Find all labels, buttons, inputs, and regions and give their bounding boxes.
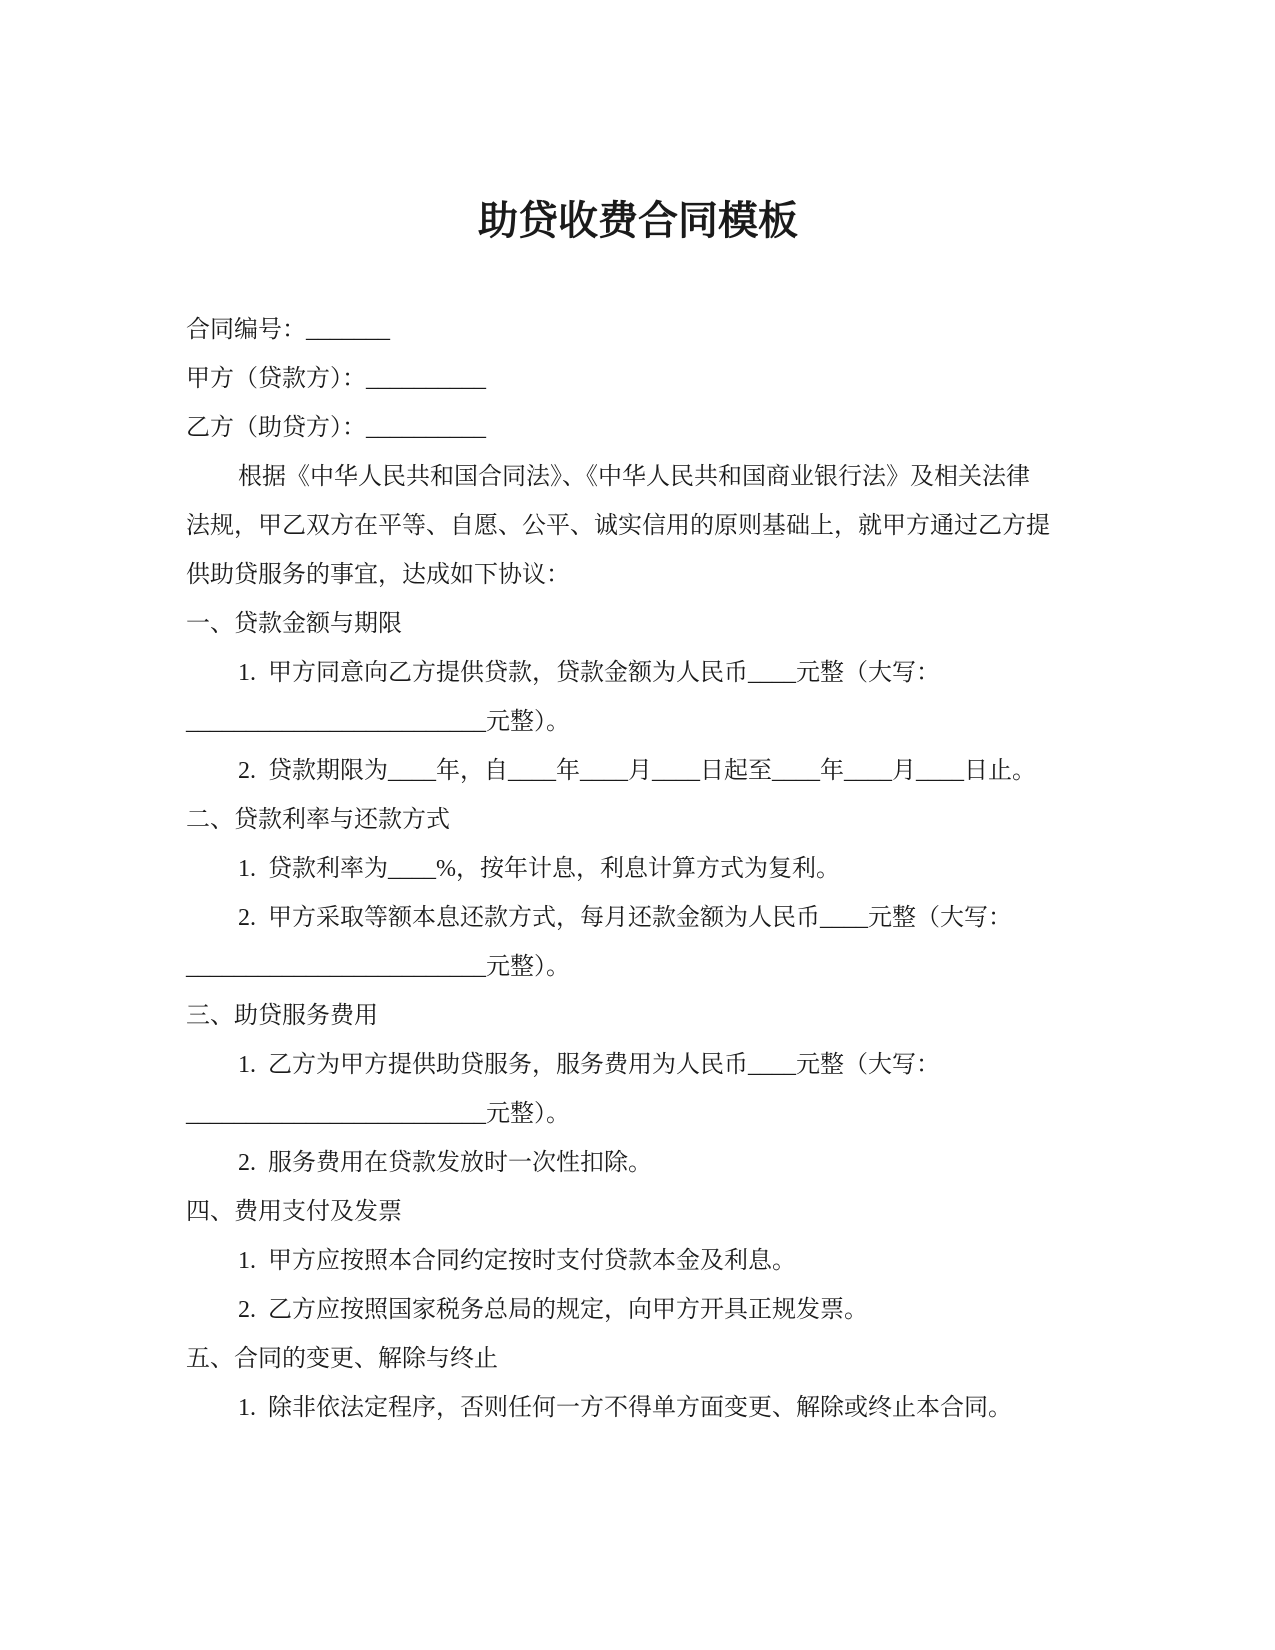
- section-4-heading: 四、费用支付及发票: [186, 1188, 1090, 1237]
- clause-2-2-line-1: 2. 甲方采取等额本息还款方式，每月还款金额为人民币____元整（大写：: [186, 894, 1090, 943]
- clause-5-1: 1. 除非依法定程序，否则任何一方不得单方面变更、解除或终止本合同。: [186, 1384, 1090, 1433]
- document-title: 助贷收费合同模板: [186, 198, 1090, 244]
- clause-2-1: 1. 贷款利率为____%，按年计息，利息计算方式为复利。: [186, 845, 1090, 894]
- clause-1-2: 2. 贷款期限为____年，自____年____月____日起至____年___…: [186, 747, 1090, 796]
- clause-1-1-line-1: 1. 甲方同意向乙方提供贷款，贷款金额为人民币____元整（大写：: [186, 649, 1090, 698]
- section-2-heading: 二、贷款利率与还款方式: [186, 796, 1090, 845]
- section-5-heading: 五、合同的变更、解除与终止: [186, 1335, 1090, 1384]
- preamble-line-2: 法规，甲乙双方在平等、自愿、公平、诚实信用的原则基础上，就甲方通过乙方提: [186, 502, 1090, 551]
- clause-3-1-line-2: _________________________元整）。: [186, 1090, 1090, 1139]
- section-1-heading: 一、贷款金额与期限: [186, 600, 1090, 649]
- party-b-line: 乙方（助贷方）：__________: [186, 404, 1090, 453]
- clause-3-1-line-1: 1. 乙方为甲方提供助贷服务，服务费用为人民币____元整（大写：: [186, 1041, 1090, 1090]
- clause-4-1: 1. 甲方应按照本合同约定按时支付贷款本金及利息。: [186, 1237, 1090, 1286]
- preamble-line-3: 供助贷服务的事宜，达成如下协议：: [186, 551, 1090, 600]
- clause-4-2: 2. 乙方应按照国家税务总局的规定，向甲方开具正规发票。: [186, 1286, 1090, 1335]
- clause-2-2-line-2: _________________________元整）。: [186, 943, 1090, 992]
- document-body: 合同编号：_______甲方（贷款方）：__________乙方（助贷方）：__…: [186, 306, 1090, 1433]
- contract-page: 助贷收费合同模板 合同编号：_______甲方（贷款方）：__________乙…: [0, 0, 1275, 1650]
- preamble-line-1: 根据《中华人民共和国合同法》、《中华人民共和国商业银行法》及相关法律: [186, 453, 1090, 502]
- clause-1-1-line-2: _________________________元整）。: [186, 698, 1090, 747]
- clause-3-2: 2. 服务费用在贷款发放时一次性扣除。: [186, 1139, 1090, 1188]
- section-3-heading: 三、助贷服务费用: [186, 992, 1090, 1041]
- party-a-line: 甲方（贷款方）：__________: [186, 355, 1090, 404]
- contract-number-line: 合同编号：_______: [186, 306, 1090, 355]
